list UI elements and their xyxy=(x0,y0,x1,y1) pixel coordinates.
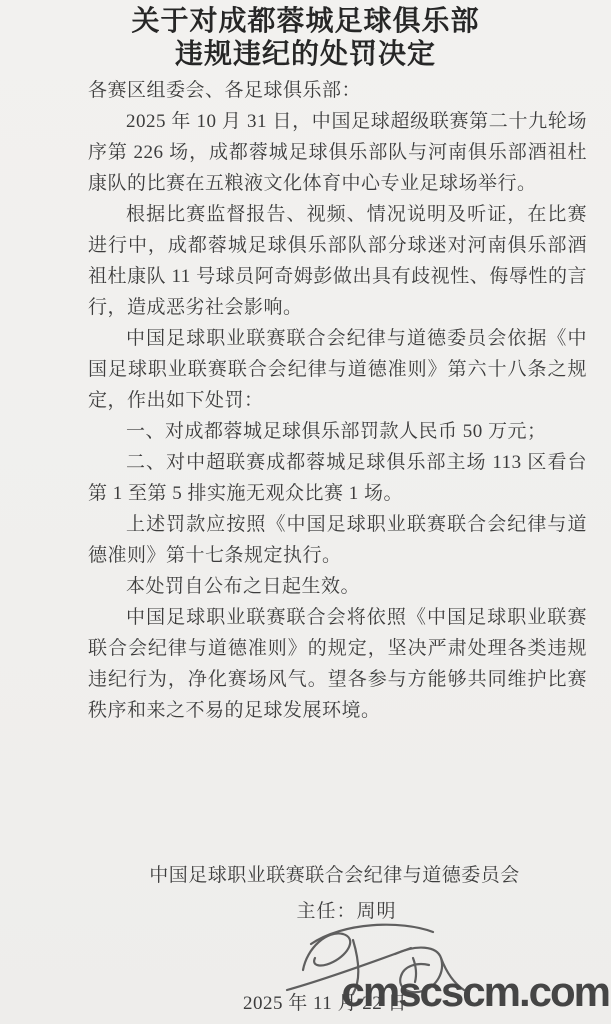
paragraph-violation-facts: 根据比赛监督报告、视频、情况说明及听证，在比赛进行中，成都蓉城足球俱乐部队部分球… xyxy=(88,199,587,323)
salutation-line: 各赛区组委会、各足球俱乐部： xyxy=(88,75,587,106)
title-line-1: 关于对成都蓉城足球俱乐部 xyxy=(0,5,611,38)
title-line-2: 违规违纪的处罚决定 xyxy=(0,38,611,71)
committee-name: 中国足球职业联赛联合会纪律与道德委员会 xyxy=(0,860,611,887)
paragraph-penalty-item-2: 二、对中超联赛成都蓉城足球俱乐部主场 113 区看台第 1 至第 5 排实施无观… xyxy=(88,447,587,509)
watermark-text: cmscscm.com xyxy=(341,968,609,1016)
document-body: 各赛区组委会、各足球俱乐部： 2025 年 10 月 31 日，中国足球超级联赛… xyxy=(0,71,611,726)
paragraph-penalty-item-1: 一、对成都蓉城足球俱乐部罚款人民币 50 万元； xyxy=(88,416,587,447)
paragraph-match-info: 2025 年 10 月 31 日，中国足球超级联赛第二十九轮场序第 226 场，… xyxy=(88,106,587,199)
paragraph-closing-statement: 中国足球职业联赛联合会将依照《中国足球职业联赛联合会纪律与道德准则》的规定，坚决… xyxy=(88,602,587,726)
scanned-document-page: 关于对成都蓉城足球俱乐部 违规违纪的处罚决定 各赛区组委会、各足球俱乐部： 20… xyxy=(0,0,611,1024)
document-title: 关于对成都蓉城足球俱乐部 违规违纪的处罚决定 xyxy=(0,0,611,71)
paragraph-legal-basis: 中国足球职业联赛联合会纪律与道德委员会依据《中国足球职业联赛联合会纪律与道德准则… xyxy=(88,323,587,416)
paragraph-effective-date: 本处罚自公布之日起生效。 xyxy=(88,571,587,602)
paragraph-fine-execution: 上述罚款应按照《中国足球职业联赛联合会纪律与道德准则》第十七条规定执行。 xyxy=(88,509,587,571)
